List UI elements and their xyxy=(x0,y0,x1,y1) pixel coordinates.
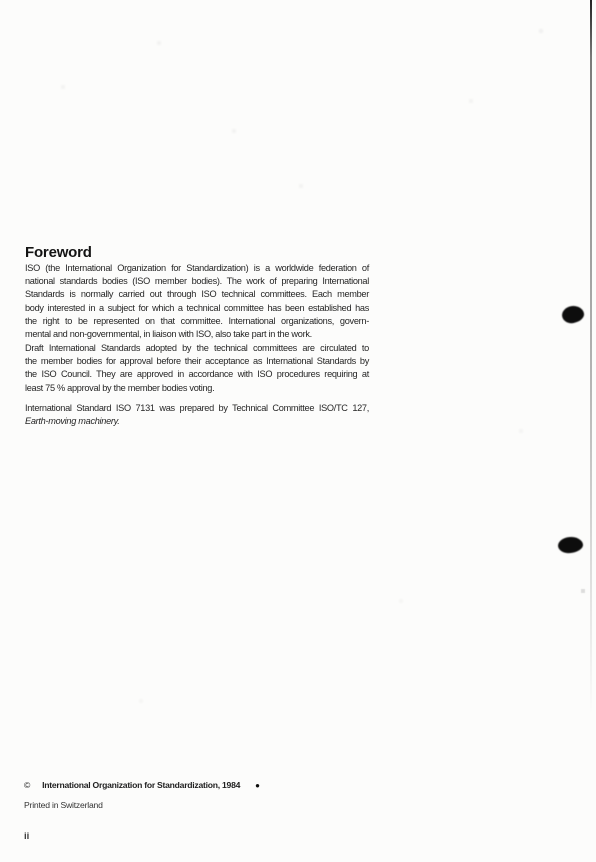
printed-in-note: Printed in Switzerland xyxy=(24,800,103,810)
copyright-notice: © International Organization for Standar… xyxy=(24,780,260,790)
copyright-icon: © xyxy=(24,780,30,790)
body-line: the ISO Council. They are approved in ac… xyxy=(25,368,369,381)
body-line: Draft International Standards adopted by… xyxy=(25,342,369,355)
foreword-paragraph-1: ISO (the International Organization for … xyxy=(25,262,369,341)
ink-blot-artifact xyxy=(561,304,586,325)
foreword-paragraph-3: International Standard ISO 7131 was prep… xyxy=(25,402,369,428)
body-line: national standards bodies (ISO member bo… xyxy=(25,275,369,288)
body-line: mental and non-governmental, in liaison … xyxy=(25,328,369,341)
body-line: body interested in a subject for which a… xyxy=(25,302,369,315)
body-line: least 75 % approval by the member bodies… xyxy=(25,382,369,395)
bullet-icon: ● xyxy=(255,781,260,790)
body-line: Standards is normally carried out throug… xyxy=(25,288,369,301)
body-line: ISO (the International Organization for … xyxy=(25,262,369,275)
scanned-document-page: Foreword ISO (the International Organiza… xyxy=(0,0,596,862)
ink-blot-artifact xyxy=(557,536,583,554)
copyright-text: International Organization for Standardi… xyxy=(42,780,240,790)
page-title: Foreword xyxy=(25,244,92,261)
body-line: the right to be represented on that comm… xyxy=(25,315,369,328)
foreword-paragraph-2: Draft International Standards adopted by… xyxy=(25,342,369,395)
body-line: the member bodies for approval before th… xyxy=(25,355,369,368)
body-line: International Standard ISO 7131 was prep… xyxy=(25,402,369,415)
scan-noise-specks xyxy=(0,0,2,2)
scan-edge-artifact xyxy=(590,0,592,715)
page-number: ii xyxy=(24,831,29,842)
committee-name-italic: Earth-moving machinery. xyxy=(25,415,369,428)
